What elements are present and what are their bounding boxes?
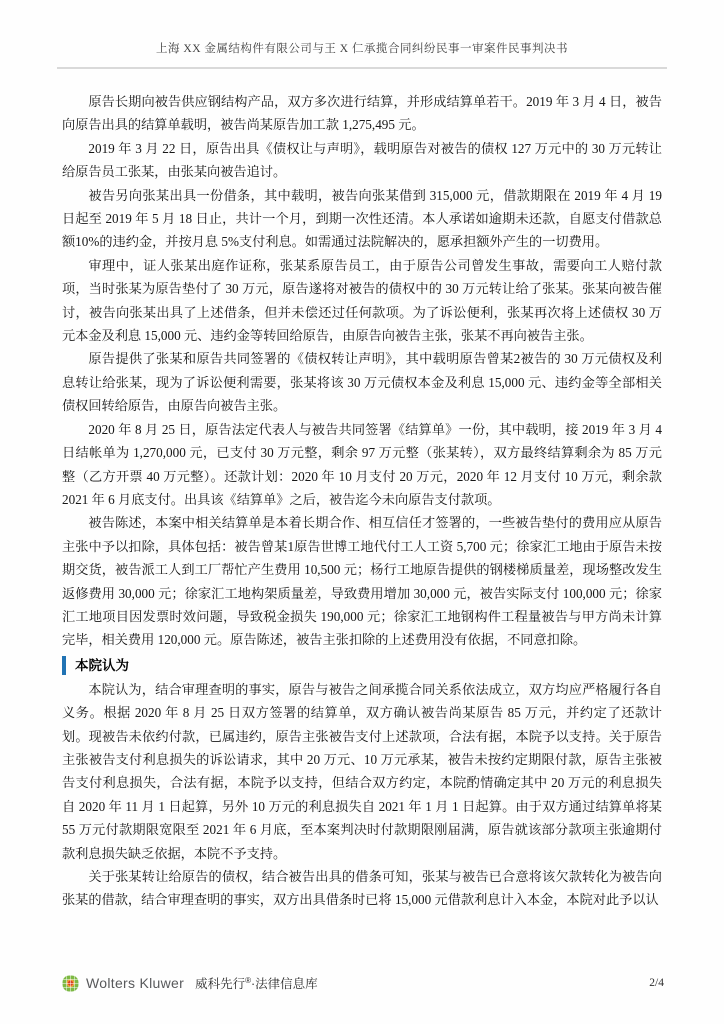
page-footer: Wolters Kluwer 威科先行®·法律信息库 2/4 bbox=[62, 974, 664, 992]
wolters-kluwer-logo-icon bbox=[62, 975, 79, 992]
body-paragraph: 原告提供了张某和原告共同签署的《债权转让声明》，其中载明原告曾某2被告的 30 … bbox=[62, 347, 662, 417]
body-paragraph: 关于张某转让给原告的债权，结合被告出具的借条可知，张某与被告已合意将该欠款转化为… bbox=[62, 865, 662, 912]
document-body: 原告长期向被告供应钢结构产品，双方多次进行结算，并形成结算单若干。2019 年 … bbox=[62, 90, 662, 912]
header-divider bbox=[57, 67, 667, 69]
body-paragraph: 被告另向张某出具一份借条，其中载明，被告向张某借到 315,000 元，借款期限… bbox=[62, 184, 662, 254]
body-paragraph: 原告长期向被告供应钢结构产品，双方多次进行结算，并形成结算单若干。2019 年 … bbox=[62, 90, 662, 137]
product-name-text: 威科先行 bbox=[195, 977, 245, 991]
page-number: 2/4 bbox=[649, 977, 664, 989]
body-paragraph: 本院认为，结合审理查明的事实，原告与被告之间承揽合同关系依法成立，双方均应严格履… bbox=[62, 678, 662, 865]
body-paragraph: 2020 年 8 月 25 日，原告法定代表人与被告共同签署《结算单》一份，其中… bbox=[62, 418, 662, 512]
product-name-suffix: ·法律信息库 bbox=[251, 977, 318, 991]
footer-brand-group: Wolters Kluwer 威科先行®·法律信息库 bbox=[62, 974, 318, 992]
body-paragraph: 审理中，证人张某出庭作证称，张某系原告员工，由于原告公司曾发生事故，需要向工人赔… bbox=[62, 254, 662, 348]
document-title: 上海 XX 金属结构件有限公司与王 X 仁承揽合同纠纷民事一审案件民事判决书 bbox=[0, 42, 724, 56]
document-header: 上海 XX 金属结构件有限公司与王 X 仁承揽合同纠纷民事一审案件民事判决书 bbox=[0, 0, 724, 69]
body-paragraph: 2019 年 3 月 22 日，原告出具《债权让与声明》，载明原告对被告的债权 … bbox=[62, 137, 662, 184]
product-name: 威科先行®·法律信息库 bbox=[195, 974, 318, 992]
document-page: 上海 XX 金属结构件有限公司与王 X 仁承揽合同纠纷民事一审案件民事判决书 原… bbox=[0, 0, 724, 1024]
body-paragraph: 被告陈述，本案中相关结算单是本着长期合作、相互信任才签署的，一些被告垫付的费用应… bbox=[62, 511, 662, 651]
section-heading-court-opinion: 本院认为 bbox=[62, 656, 662, 675]
brand-name: Wolters Kluwer bbox=[86, 975, 184, 991]
